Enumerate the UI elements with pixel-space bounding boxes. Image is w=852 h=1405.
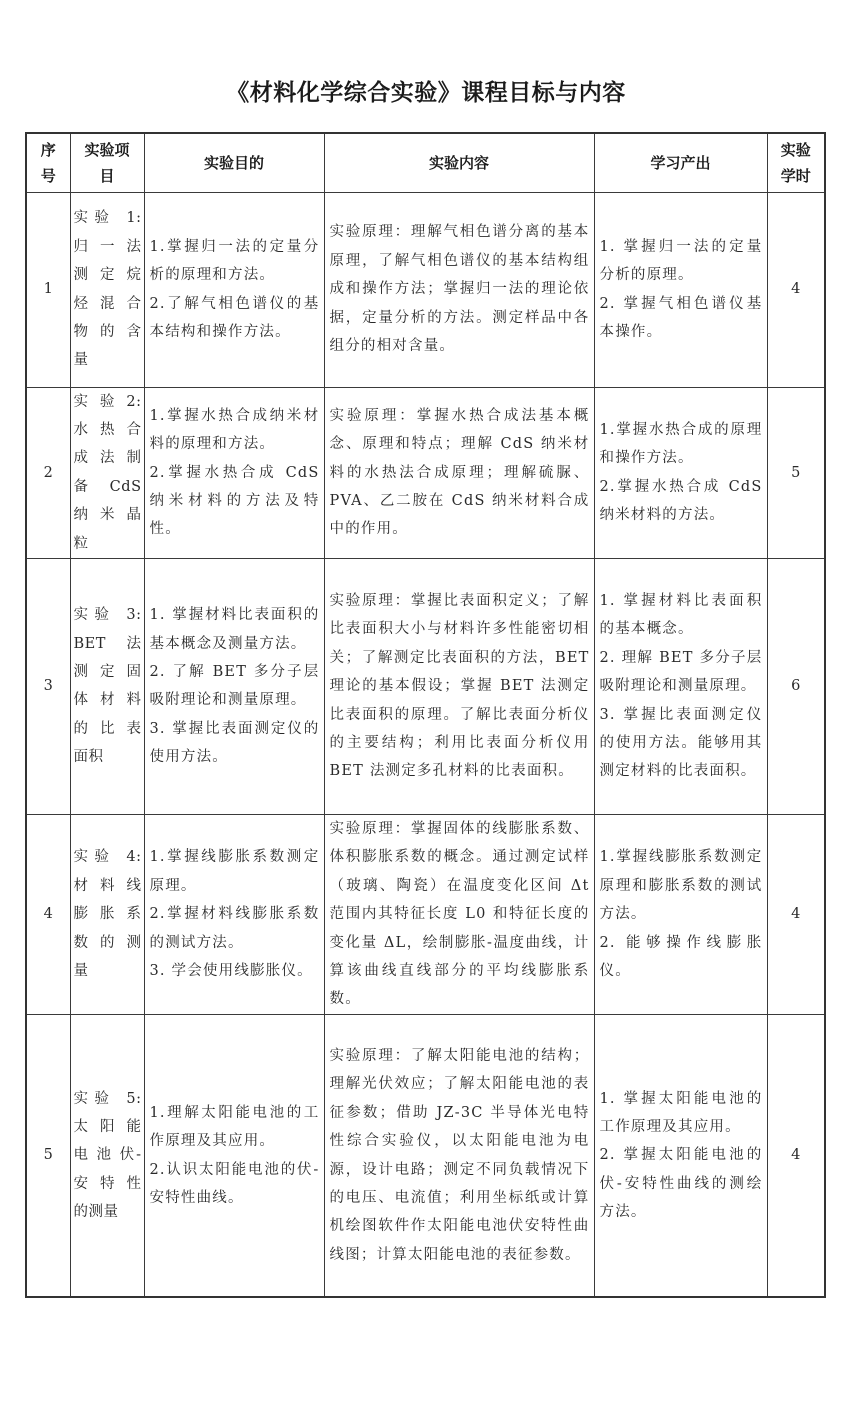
- item-line: 测 定 固: [74, 658, 142, 686]
- goal-item: 1. 掌握材料比表面积的基本概念及测量方法。: [150, 601, 320, 658]
- goal-item: 2. 了解 BET 多分子层吸附理论和测量原理。: [150, 658, 320, 715]
- goal-item: 2.掌握材料线膨胀系数的测试方法。: [150, 900, 320, 957]
- cell-hours: 6: [767, 558, 825, 814]
- goal-item: 1.理解太阳能电池的工作原理及其应用。: [150, 1099, 320, 1156]
- cell-content: 实验原理：掌握比表面积定义；了解比表面积大小与材料许多性能密切相关；了解测定比表…: [324, 558, 594, 814]
- cell-output: 1. 掌握归一法的定量分析的原理。 2. 掌握气相色谱仪基本操作。: [594, 192, 767, 387]
- item-line: 烃 混 合: [74, 290, 142, 318]
- item-line: 体 材 料: [74, 686, 142, 714]
- item-line: 实验 5:: [74, 1085, 142, 1113]
- item-line: 实验 3:: [74, 601, 142, 629]
- cell-goal: 1.掌握线膨胀系数测定原理。 2.掌握材料线膨胀系数的测试方法。 3. 学会使用…: [144, 814, 324, 1014]
- header-no: 序号: [26, 133, 70, 192]
- output-item: 2. 理解 BET 多分子层吸附理论和测量原理。: [600, 644, 763, 701]
- cell-goal: 1.掌握归一法的定量分析的原理和方法。 2.了解气相色谱仪的基本结构和操作方法。: [144, 192, 324, 387]
- output-item: 1.掌握水热合成的原理和操作方法。: [600, 416, 763, 473]
- item-line: 实 验 2:: [74, 388, 142, 416]
- cell-no: 1: [26, 192, 70, 387]
- item-line: 水 热 合: [74, 416, 142, 444]
- cell-content: 实验原理：理解气相色谱分离的基本原理，了解气相色谱仪的基本结构组成和操作方法；掌…: [324, 192, 594, 387]
- item-line: 测 定 烷: [74, 261, 142, 289]
- cell-hours: 4: [767, 1014, 825, 1297]
- item-line: 材 料 线: [74, 872, 142, 900]
- cell-goal: 1.掌握水热合成纳米材料的原理和方法。 2.掌握水热合成 CdS 纳米材料的方法…: [144, 387, 324, 558]
- item-line: 电 池 伏-: [74, 1141, 142, 1169]
- item-line: 成 法 制: [74, 444, 142, 472]
- item-line: 粒: [74, 530, 142, 558]
- item-line: 量: [74, 957, 142, 985]
- cell-goal: 1. 掌握材料比表面积的基本概念及测量方法。 2. 了解 BET 多分子层吸附理…: [144, 558, 324, 814]
- output-item: 3. 掌握比表面测定仪的使用方法。能够用其测定材料的比表面积。: [600, 701, 763, 786]
- output-item: 1.掌握线膨胀系数测定原理和膨胀系数的测试方法。: [600, 843, 763, 928]
- item-line: 备 CdS: [74, 473, 142, 501]
- cell-item: 实验 4: 材 料 线 膨 胀 系 数 的 测 量: [70, 814, 144, 1014]
- cell-goal: 1.理解太阳能电池的工作原理及其应用。 2.认识太阳能电池的伏-安特性曲线。: [144, 1014, 324, 1297]
- cell-output: 1. 掌握材料比表面积的基本概念。 2. 理解 BET 多分子层吸附理论和测量原…: [594, 558, 767, 814]
- item-line: 的测量: [74, 1198, 142, 1226]
- item-line: 实验 4:: [74, 843, 142, 871]
- output-item: 2. 能够操作线膨胀仪。: [600, 929, 763, 986]
- table-row: 5 实验 5: 太 阳 能 电 池 伏- 安 特 性 的测量 1.理解太阳能电池…: [26, 1014, 825, 1297]
- cell-output: 1.掌握水热合成的原理和操作方法。 2.掌握水热合成 CdS 纳米材料的方法。: [594, 387, 767, 558]
- goal-item: 2.认识太阳能电池的伏-安特性曲线。: [150, 1156, 320, 1213]
- cell-no: 3: [26, 558, 70, 814]
- cell-item: 实验 5: 太 阳 能 电 池 伏- 安 特 性 的测量: [70, 1014, 144, 1297]
- output-item: 1. 掌握材料比表面积的基本概念。: [600, 587, 763, 644]
- header-row: 序号 实验项目 实验目的 实验内容 学习产出 实验学时: [26, 133, 825, 192]
- item-line: BET 法: [74, 630, 142, 658]
- cell-output: 1. 掌握太阳能电池的工作原理及其应用。 2. 掌握太阳能电池的伏-安特性曲线的…: [594, 1014, 767, 1297]
- goal-item: 2.掌握水热合成 CdS 纳米材料的方法及特性。: [150, 459, 320, 544]
- output-item: 2. 掌握气相色谱仪基本操作。: [600, 290, 763, 347]
- output-item: 2. 掌握太阳能电池的伏-安特性曲线的测绘方法。: [600, 1141, 763, 1226]
- output-item: 1. 掌握归一法的定量分析的原理。: [600, 233, 763, 290]
- course-table: 序号 实验项目 实验目的 实验内容 学习产出 实验学时 1 实验 1: 归 一 …: [25, 132, 826, 1298]
- output-item: 2.掌握水热合成 CdS 纳米材料的方法。: [600, 473, 763, 530]
- table-row: 3 实验 3: BET 法 测 定 固 体 材 料 的 比 表 面积 1. 掌握…: [26, 558, 825, 814]
- goal-item: 1.掌握线膨胀系数测定原理。: [150, 843, 320, 900]
- cell-output: 1.掌握线膨胀系数测定原理和膨胀系数的测试方法。 2. 能够操作线膨胀仪。: [594, 814, 767, 1014]
- header-item: 实验项目: [70, 133, 144, 192]
- item-line: 纳 米 晶: [74, 501, 142, 529]
- header-goal: 实验目的: [144, 133, 324, 192]
- item-line: 膨 胀 系: [74, 900, 142, 928]
- cell-no: 4: [26, 814, 70, 1014]
- cell-item: 实验 3: BET 法 测 定 固 体 材 料 的 比 表 面积: [70, 558, 144, 814]
- header-hours: 实验学时: [767, 133, 825, 192]
- goal-item: 1.掌握水热合成纳米材料的原理和方法。: [150, 402, 320, 459]
- cell-no: 5: [26, 1014, 70, 1297]
- output-item: 1. 掌握太阳能电池的工作原理及其应用。: [600, 1085, 763, 1142]
- item-line: 安 特 性: [74, 1170, 142, 1198]
- item-line: 归 一 法: [74, 233, 142, 261]
- cell-hours: 5: [767, 387, 825, 558]
- item-line: 量: [74, 346, 142, 374]
- cell-content: 实验原理：掌握固体的线膨胀系数、体积膨胀系数的概念。通过测定试样（玻璃、陶瓷）在…: [324, 814, 594, 1014]
- goal-item: 1.掌握归一法的定量分析的原理和方法。: [150, 233, 320, 290]
- item-line: 面积: [74, 743, 142, 771]
- goal-item: 3. 学会使用线膨胀仪。: [150, 957, 320, 985]
- cell-item: 实验 1: 归 一 法 测 定 烷 烃 混 合 物 的 含 量: [70, 192, 144, 387]
- goal-item: 2.了解气相色谱仪的基本结构和操作方法。: [150, 290, 320, 347]
- item-line: 太 阳 能: [74, 1113, 142, 1141]
- item-line: 的 比 表: [74, 715, 142, 743]
- table-row: 2 实 验 2: 水 热 合 成 法 制 备 CdS 纳 米 晶 粒 1.掌握水…: [26, 387, 825, 558]
- page-title: 《材料化学综合实验》课程目标与内容: [0, 74, 852, 107]
- table-row: 1 实验 1: 归 一 法 测 定 烷 烃 混 合 物 的 含 量 1.掌握归一…: [26, 192, 825, 387]
- cell-item: 实 验 2: 水 热 合 成 法 制 备 CdS 纳 米 晶 粒: [70, 387, 144, 558]
- item-line: 数 的 测: [74, 929, 142, 957]
- table-row: 4 实验 4: 材 料 线 膨 胀 系 数 的 测 量 1.掌握线膨胀系数测定原…: [26, 814, 825, 1014]
- header-content: 实验内容: [324, 133, 594, 192]
- item-line: 物 的 含: [74, 318, 142, 346]
- cell-content: 实验原理：掌握水热合成法基本概念、原理和特点；理解 CdS 纳米材料的水热法合成…: [324, 387, 594, 558]
- header-output: 学习产出: [594, 133, 767, 192]
- cell-hours: 4: [767, 192, 825, 387]
- goal-item: 3. 掌握比表面测定仪的使用方法。: [150, 715, 320, 772]
- cell-content: 实验原理：了解太阳能电池的结构；理解光伏效应；了解太阳能电池的表征参数；借助 J…: [324, 1014, 594, 1297]
- item-line: 实验 1:: [74, 204, 142, 232]
- cell-hours: 4: [767, 814, 825, 1014]
- cell-no: 2: [26, 387, 70, 558]
